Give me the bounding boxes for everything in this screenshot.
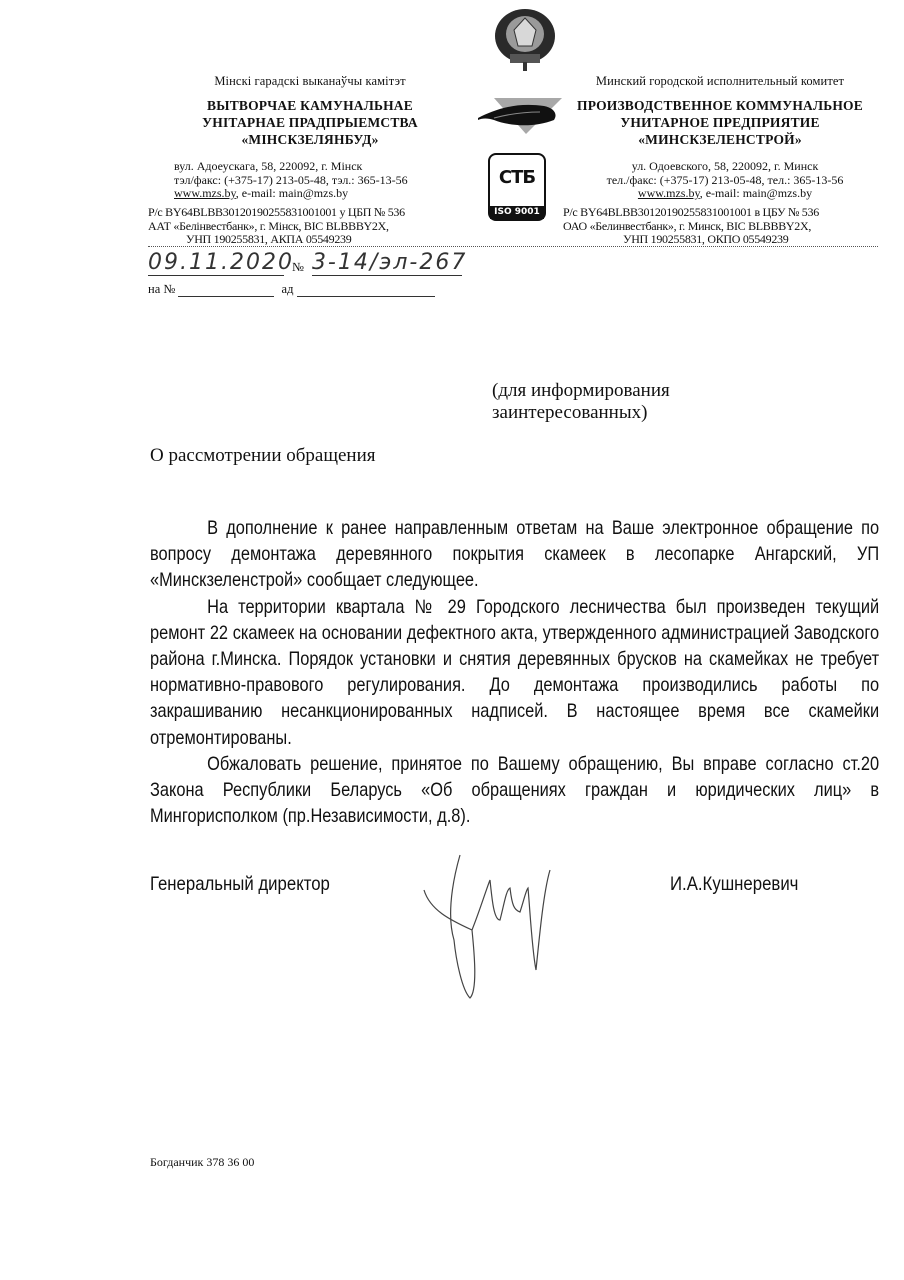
email-be: , e-mail: main@mzs.by — [236, 186, 348, 200]
org-name-be-line2: УНІТАРНАЕ ПРАДПРЫЕМСТВА — [150, 114, 470, 131]
date-handwritten: 09.11.2020 — [148, 250, 284, 276]
website-link-ru[interactable]: www.mzs.by — [638, 186, 700, 200]
coat-of-arms-icon — [488, 6, 562, 72]
leaf-logo-icon — [474, 96, 564, 136]
email-ru: , e-mail: main@mzs.by — [700, 186, 812, 200]
address-ru: ул. Одоевского, 58, 220092, г. Минск — [580, 160, 870, 174]
from-label: ад — [282, 282, 294, 296]
contacts-right: ул. Одоевского, 58, 220092, г. Минск тел… — [580, 160, 870, 201]
org-name-ru-line3: «МИНСКЗЕЛЕНСТРОЙ» — [565, 131, 875, 148]
handwritten-signature-icon — [420, 850, 570, 1000]
bank-name-ru: ОАО «Белинвестбанк», г. Минск, BIC BLBBB… — [563, 220, 883, 234]
signatory-position: Генеральный директор — [150, 873, 330, 896]
ids-be: УНП 190255831, АКПА 05549239 — [148, 233, 478, 247]
on-number-label: на № — [148, 282, 175, 296]
org-name-be-line3: «МІНСКЗЕЛЯНБУД» — [150, 131, 470, 148]
bank-right: Р/с BY64BLBB30120190255831001001 в ЦБУ №… — [563, 206, 883, 247]
header-divider — [148, 246, 878, 247]
on-number-field — [178, 282, 274, 297]
iso-9001-label: ISO 9001 — [490, 206, 544, 219]
letterhead-left: Мінскі гарадскі выканаўчы камітэт ВЫТВОР… — [150, 74, 470, 148]
recipient-block: (для информирования заинтересованных) — [492, 380, 670, 424]
address-be: вул. Адоеускага, 58, 220092, г. Мінск — [174, 160, 474, 174]
website-link-be[interactable]: www.mzs.by — [174, 186, 236, 200]
from-date-field — [297, 282, 435, 297]
stb-iso-logo: СТБ ISO 9001 — [488, 153, 546, 221]
recipient-line1: (для информирования — [492, 380, 670, 402]
org-name-ru-line1: ПРОИЗВОДСТВЕННОЕ КОММУНАЛЬНОЕ — [565, 97, 875, 114]
letter-body: В дополнение к ранее направленным ответа… — [150, 515, 879, 829]
signatory-name: И.А.Кушнеревич — [670, 873, 798, 896]
org-name-be-line1: ВЫТВОРЧАЕ КАМУНАЛЬНАЕ — [150, 97, 470, 114]
contacts-left: вул. Адоеускага, 58, 220092, г. Мінск тэ… — [174, 160, 474, 201]
reference-block: 09.11.2020 № 3-14/эл-267 на № ад — [148, 250, 478, 297]
phone-be: тэл/факс: (+375-17) 213-05-48, тэл.: 365… — [174, 174, 474, 188]
phone-ru: тел./факс: (+375-17) 213-05-48, тел.: 36… — [580, 174, 870, 188]
body-paragraph: В дополнение к ранее направленным ответа… — [150, 515, 879, 594]
bank-left: Р/с BY64BLBB30120190255831001001 у ЦБП №… — [148, 206, 478, 247]
bank-account-be: Р/с BY64BLBB30120190255831001001 у ЦБП №… — [148, 206, 478, 220]
stb-icon: СТБ — [490, 167, 544, 188]
committee-name-be: Мінскі гарадскі выканаўчы камітэт — [150, 74, 470, 89]
org-name-ru-line2: УНИТАРНОЕ ПРЕДПРИЯТИЕ — [565, 114, 875, 131]
number-label: № — [292, 260, 304, 274]
recipient-line2: заинтересованных) — [492, 402, 670, 424]
ids-ru: УНП 190255831, ОКПО 05549239 — [563, 233, 883, 247]
body-paragraph: Обжаловать решение, принятое по Вашему о… — [150, 751, 879, 830]
body-paragraph: На территории квартала № 29 Городского л… — [150, 594, 879, 751]
bank-account-ru: Р/с BY64BLBB30120190255831001001 в ЦБУ №… — [563, 206, 883, 220]
outgoing-number-handwritten: 3-14/эл-267 — [312, 250, 462, 276]
letterhead-right: Минский городской исполнительный комитет… — [565, 74, 875, 148]
committee-name-ru: Минский городской исполнительный комитет — [565, 74, 875, 89]
subject-line: О рассмотрении обращения — [150, 445, 376, 467]
bank-name-be: ААТ «Белінвестбанк», г. Мінск, BIC BLBBB… — [148, 220, 478, 234]
executor-note: Богданчик 378 36 00 — [150, 1155, 254, 1170]
